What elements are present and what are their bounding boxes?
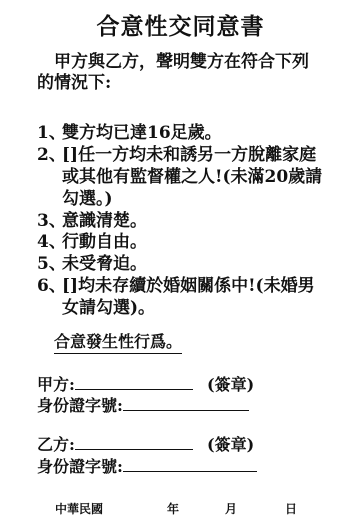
intro-text-line-1: 甲方與乙方，聲明雙方在符合下列 [54, 52, 309, 72]
date-year-label: 年 [167, 500, 179, 517]
party-a-id-field[interactable] [123, 396, 249, 411]
party-b-signature-row: 乙方: [37, 432, 193, 455]
party-a-signature-row: 甲方: [37, 372, 193, 395]
party-b-id-row: 身份證字號: [37, 454, 257, 477]
party-a-id-label: 身份證字號: [37, 396, 123, 415]
party-b-signature-field[interactable] [75, 435, 193, 450]
document-title: 合意性交同意書 [0, 8, 361, 41]
intro-text-line-2: 的情況下: [37, 73, 111, 93]
party-b-label: 乙方: [37, 435, 75, 454]
date-era-label: 中華民國 [55, 500, 103, 517]
party-a-label: 甲方: [37, 375, 75, 394]
party-a-id-row: 身份證字號: [37, 393, 249, 416]
party-b-id-field[interactable] [123, 457, 257, 472]
date-month-label: 月 [225, 500, 237, 517]
item-6-text-line-2: 女請勾選)。 [62, 293, 155, 318]
party-a-signature-field[interactable] [75, 375, 193, 390]
party-a-seal-label: (簽章) [207, 372, 254, 395]
party-b-seal-label: (簽章) [207, 432, 254, 455]
agreement-statement: 合意發生性行爲。 [54, 329, 182, 354]
party-b-id-label: 身份證字號: [37, 457, 123, 476]
date-day-label: 日 [285, 500, 297, 517]
